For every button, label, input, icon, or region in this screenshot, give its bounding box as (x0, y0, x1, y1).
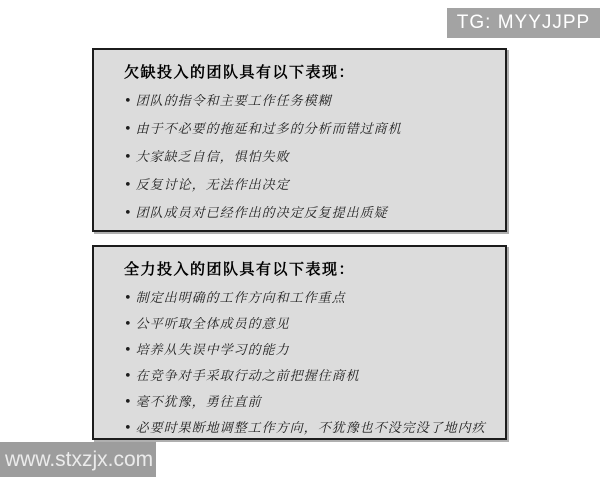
bullet-list: • 团队的指令和主要工作任务模糊 • 由于不必要的拖延和过多的分析而错过商机 •… (124, 94, 487, 221)
bullet-dot: • (124, 178, 133, 193)
section-lacking-commitment: 欠缺投入的团队具有以下表现： • 团队的指令和主要工作任务模糊 • 由于不必要的… (92, 48, 507, 232)
bullet-text: 制定出明确的工作方向和工作重点 (136, 291, 346, 306)
bullet-dot: • (124, 369, 133, 384)
section-title: 欠缺投入的团队具有以下表现： (124, 63, 487, 82)
bullet-dot: • (124, 291, 133, 306)
bullet-text: 团队的指令和主要工作任务模糊 (136, 94, 332, 109)
bullet-dot: • (124, 150, 133, 165)
bullet-dot: • (124, 395, 133, 410)
bullet-list: • 制定出明确的工作方向和工作重点 • 公平听取全体成员的意见 • 培养从失误中… (124, 291, 487, 436)
telegram-watermark-label: TG: MYYJJPP (457, 12, 590, 34)
list-item: • 在竞争对手采取行动之前把握住商机 (124, 369, 487, 384)
bullet-text: 团队成员对已经作出的决定反复提出质疑 (136, 206, 388, 221)
bullet-dot: • (124, 206, 133, 221)
site-watermark: www.stxzjx.com (0, 442, 156, 477)
bullet-text: 毫不犹豫，勇往直前 (136, 395, 262, 410)
bullet-text: 必要时果断地调整工作方向，不犹豫也不没完没了地内疚 (136, 421, 486, 436)
list-item: • 培养从失误中学习的能力 (124, 343, 487, 358)
site-watermark-label: www.stxzjx.com (5, 448, 153, 472)
bullet-text: 培养从失误中学习的能力 (136, 343, 290, 358)
list-item: • 毫不犹豫，勇往直前 (124, 395, 487, 410)
bullet-text: 在竞争对手采取行动之前把握住商机 (136, 369, 360, 384)
bullet-text: 大家缺乏自信，惧怕失败 (136, 150, 290, 165)
list-item: • 团队的指令和主要工作任务模糊 (124, 94, 487, 109)
bullet-dot: • (124, 122, 133, 137)
list-item: • 大家缺乏自信，惧怕失败 (124, 150, 487, 165)
list-item: • 由于不必要的拖延和过多的分析而错过商机 (124, 122, 487, 137)
bullet-dot: • (124, 94, 133, 109)
bullet-text: 由于不必要的拖延和过多的分析而错过商机 (136, 122, 402, 137)
bullet-dot: • (124, 421, 133, 436)
section-full-commitment: 全力投入的团队具有以下表现： • 制定出明确的工作方向和工作重点 • 公平听取全… (92, 245, 507, 440)
list-item: • 公平听取全体成员的意见 (124, 317, 487, 332)
bullet-dot: • (124, 343, 133, 358)
slide-page: TG: MYYJJPP 欠缺投入的团队具有以下表现： • 团队的指令和主要工作任… (0, 0, 600, 480)
bullet-text: 公平听取全体成员的意见 (136, 317, 290, 332)
list-item: • 制定出明确的工作方向和工作重点 (124, 291, 487, 306)
list-item: • 团队成员对已经作出的决定反复提出质疑 (124, 206, 487, 221)
telegram-watermark-badge: TG: MYYJJPP (447, 8, 600, 38)
bullet-text: 反复讨论，无法作出决定 (136, 178, 290, 193)
list-item: • 反复讨论，无法作出决定 (124, 178, 487, 193)
section-title: 全力投入的团队具有以下表现： (124, 260, 487, 279)
bullet-dot: • (124, 317, 133, 332)
list-item: • 必要时果断地调整工作方向，不犹豫也不没完没了地内疚 (124, 421, 487, 436)
